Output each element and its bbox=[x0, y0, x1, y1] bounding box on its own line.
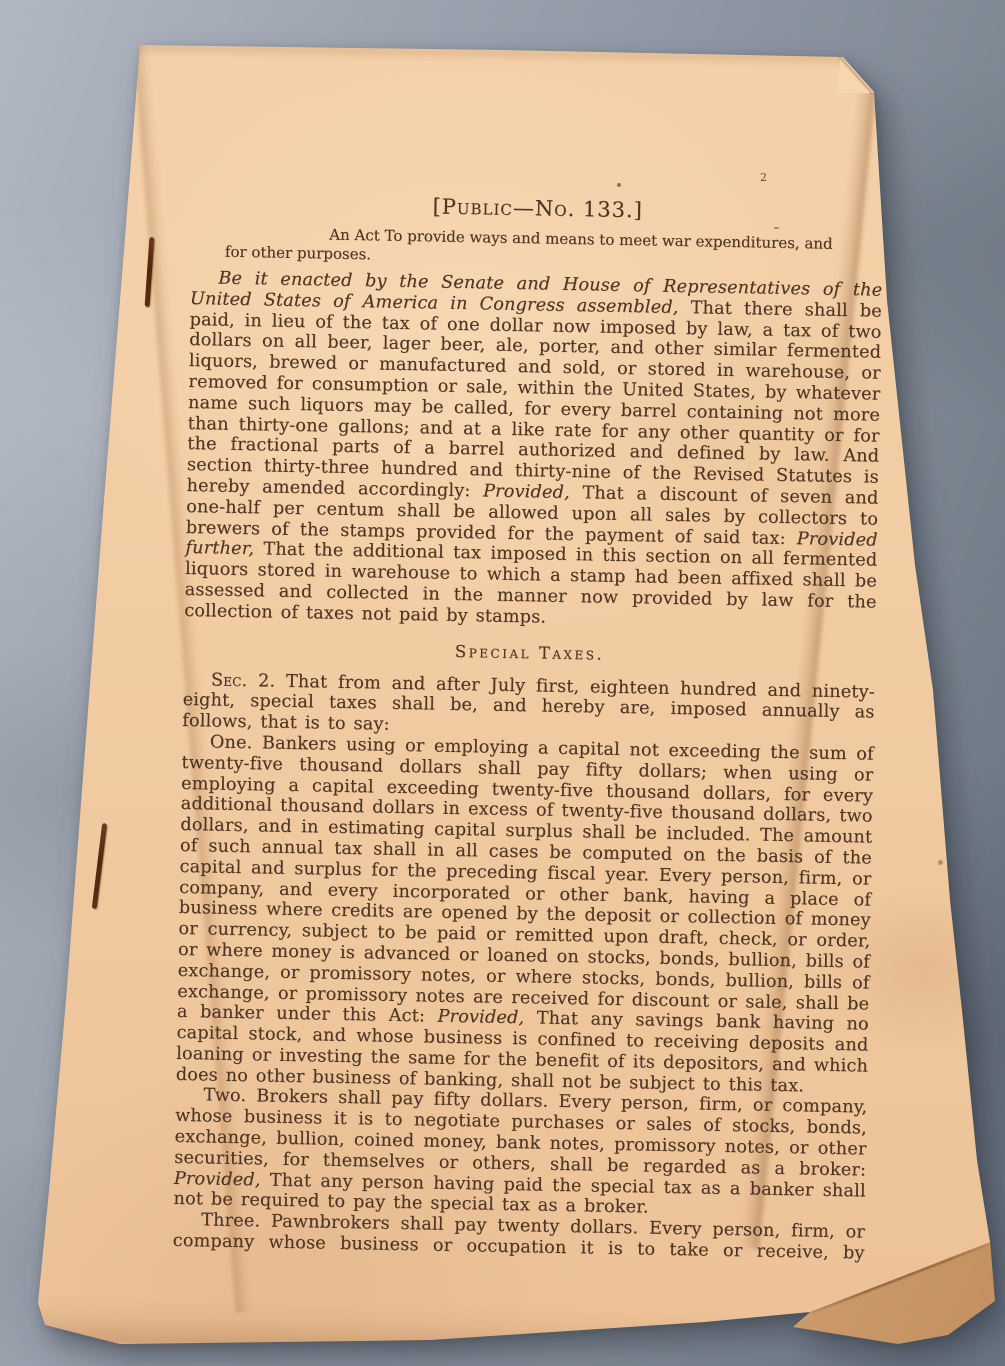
paper-edge-shade-bottom bbox=[39, 1296, 810, 1361]
enacting-body-1: That there shall be paid, in lieu of the… bbox=[186, 298, 882, 501]
printed-text-block: [Public—No. 133.] An Act To provide ways… bbox=[173, 190, 884, 1264]
document-page: 2 [Public—No. 133.] An Act To provide wa… bbox=[0, 0, 1005, 1366]
proviso-label: Provided, bbox=[483, 481, 570, 503]
clause-two-proviso-label: Provided, bbox=[174, 1169, 261, 1191]
enacting-paragraph: Be it enacted by the Senate and House of… bbox=[184, 268, 882, 634]
enacting-body-3: That the additional tax imposed in this … bbox=[184, 540, 877, 628]
act-title: An Act To provide ways and means to meet… bbox=[191, 223, 884, 274]
clause-one-body-1: One. Bankers using or employing a capita… bbox=[177, 732, 874, 1027]
clause-one-proviso-label: Provided, bbox=[437, 1007, 524, 1029]
public-law-header: [Public—No. 133.] bbox=[192, 190, 884, 227]
clause-two-body-1: Two. Brokers shall pay fifty dollars. Ev… bbox=[174, 1086, 867, 1181]
paper-edge-shade-top bbox=[138, 44, 848, 68]
paper-stack: 2 [Public—No. 133.] An Act To provide wa… bbox=[0, 0, 1005, 1366]
clause-one-paragraph: One. Bankers using or employing a capita… bbox=[176, 732, 874, 1098]
page-numeral: 2 bbox=[760, 171, 767, 184]
paper-speck bbox=[617, 183, 621, 187]
section-2-label: Sec. 2. bbox=[211, 670, 276, 691]
section-2-text: That from and after July first, eighteen… bbox=[182, 671, 875, 735]
paper-speck bbox=[938, 860, 943, 865]
photo-of-document: 2 [Public—No. 133.] An Act To provide wa… bbox=[0, 0, 1005, 1366]
clause-two-paragraph: Two. Brokers shall pay fifty dollars. Ev… bbox=[173, 1085, 867, 1222]
staple-bottom bbox=[92, 823, 107, 909]
special-taxes-heading: Special Taxes. bbox=[183, 636, 875, 669]
